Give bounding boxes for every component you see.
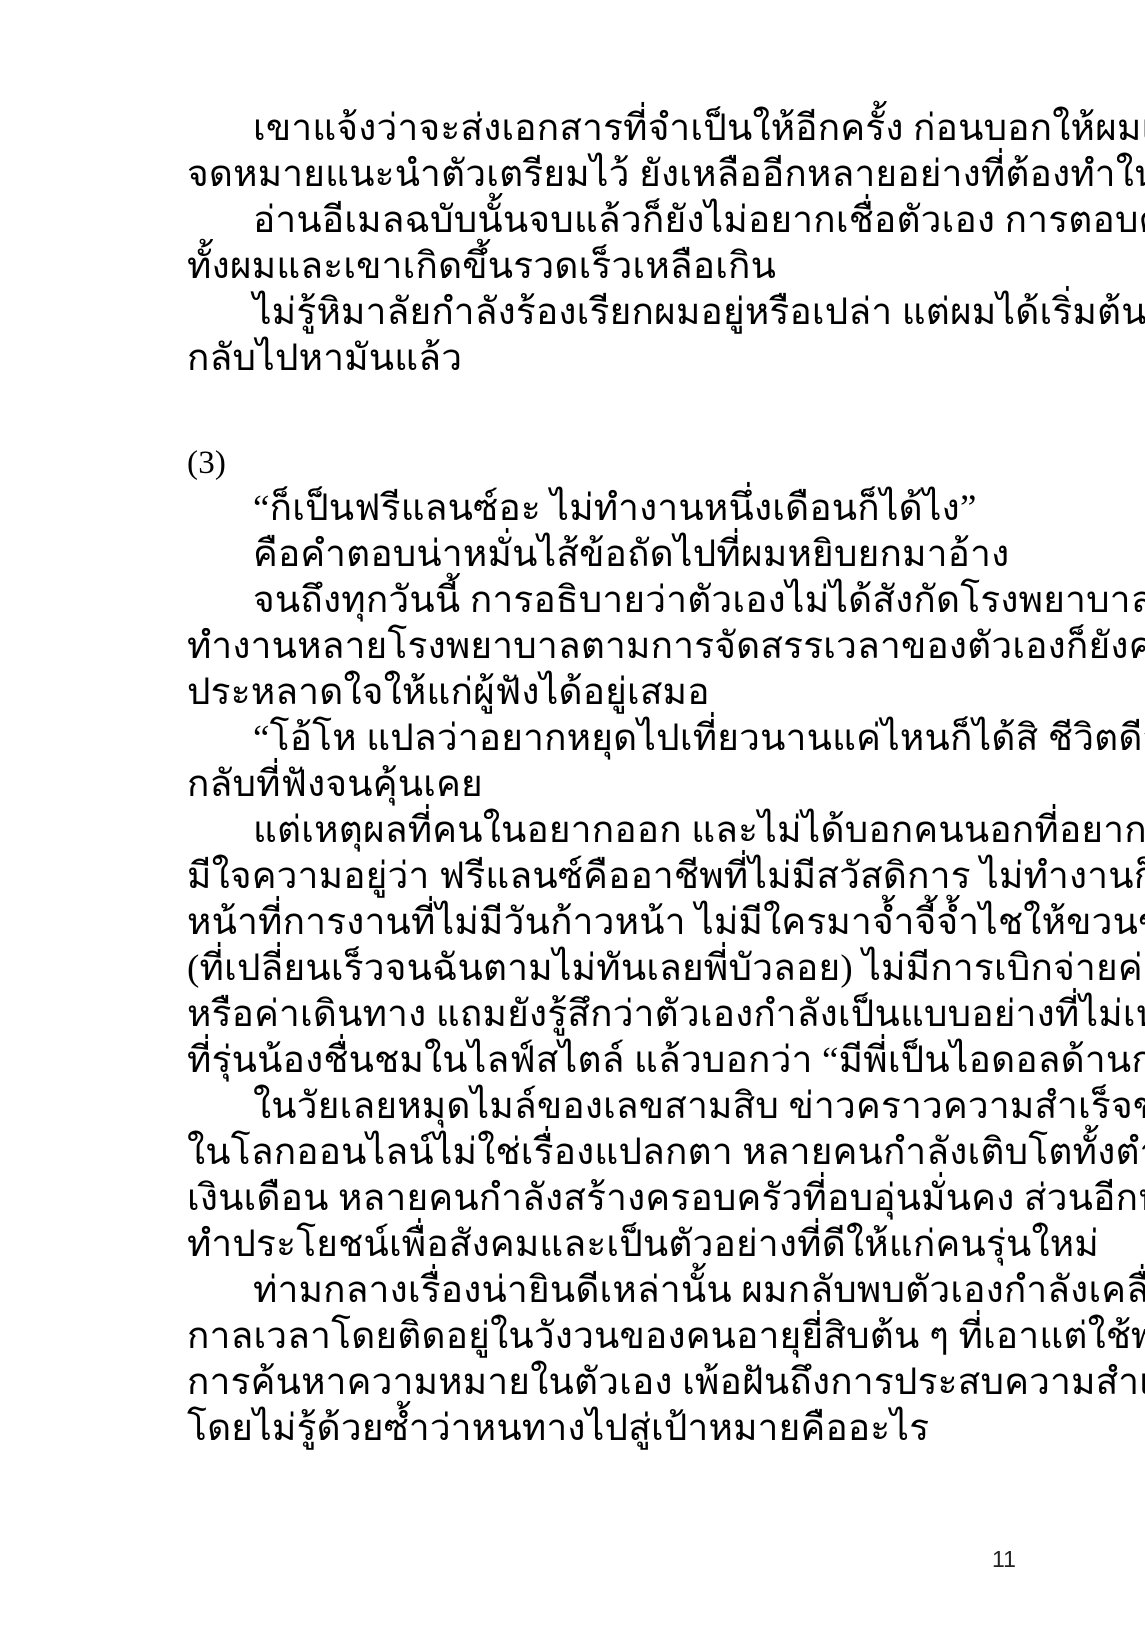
text-line: “โอ้โห แปลว่าอยากหยุดไปเที่ยวนานแค่ไหนก็…	[187, 716, 997, 762]
text-line: ในวัยเลยหมุดไมล์ของเลขสามสิบ ข่าวคราวควา…	[187, 1084, 997, 1130]
text-line: หน้าที่การงานที่ไม่มีวันก้าวหน้า ไม่มีใค…	[187, 900, 997, 946]
text-line: ไม่รู้หิมาลัยกำลังร้องเรียกผมอยู่หรือเปล…	[187, 290, 997, 336]
text-line: ประหลาดใจให้แก่ผู้ฟังได้อยู่เสมอ	[187, 670, 997, 716]
text-line: ทั้งผมและเขาเกิดขึ้นรวดเร็วเหลือเกิน	[187, 244, 997, 290]
section-gap	[187, 382, 997, 440]
text-line: แต่เหตุผลที่คนในอยากออก และไม่ได้บอกคนนอ…	[187, 808, 997, 854]
text-line: ที่รุ่นน้องชื่นชมในไลฟ์สไตล์ แล้วบอกว่า …	[187, 1038, 997, 1084]
text-line: ทำงานหลายโรงพยาบาลตามการจัดสรรเวลาของตัว…	[187, 624, 997, 670]
text-line: คือคำตอบน่าหมั่นไส้ข้อถัดไปที่ผมหยิบยกมา…	[187, 532, 997, 578]
text-line: กาลเวลาโดยติดอยู่ในวังวนของคนอายุยี่สิบต…	[187, 1314, 997, 1360]
text-line: เขาแจ้งว่าจะส่งเอกสารที่จำเป็นให้อีกครั้…	[187, 106, 997, 152]
text-line: อ่านอีเมลฉบับนั้นจบแล้วก็ยังไม่อยากเชื่อ…	[187, 198, 997, 244]
text-line: เงินเดือน หลายคนกำลังสร้างครอบครัวที่อบอ…	[187, 1176, 997, 1222]
section-number: (3)	[187, 440, 997, 486]
text-line: จดหมายแนะนำตัวเตรียมไว้ ยังเหลืออีกหลายอ…	[187, 152, 997, 198]
text-line: ในโลกออนไลน์ไม่ใช่เรื่องแปลกตา หลายคนกำล…	[187, 1130, 997, 1176]
text-line: ท่ามกลางเรื่องน่ายินดีเหล่านั้น ผมกลับพบ…	[187, 1268, 997, 1314]
text-line: โดยไม่รู้ด้วยซ้ำว่าหนทางไปสู่เป้าหมายคือ…	[187, 1406, 997, 1452]
page-number: 11	[992, 1546, 1016, 1573]
text-line: (ที่เปลี่ยนเร็วจนฉันตามไม่ทันเลยพี่บัวลอ…	[187, 946, 997, 992]
text-line: การค้นหาความหมายในตัวเอง เพ้อฝันถึงการปร…	[187, 1360, 997, 1406]
body-text: เขาแจ้งว่าจะส่งเอกสารที่จำเป็นให้อีกครั้…	[187, 106, 997, 1452]
text-line: ทำประโยชน์เพื่อสังคมและเป็นตัวอย่างที่ดี…	[187, 1222, 997, 1268]
text-line: กลับไปหามันแล้ว	[187, 336, 997, 382]
text-line: หรือค่าเดินทาง แถมยังรู้สึกว่าตัวเองกำลั…	[187, 992, 997, 1038]
text-line: กลับที่ฟังจนคุ้นเคย	[187, 762, 997, 808]
document-page: เขาแจ้งว่าจะส่งเอกสารที่จำเป็นให้อีกครั้…	[0, 0, 1145, 1638]
text-line: มีใจความอยู่ว่า ฟรีแลนซ์คืออาชีพที่ไม่มี…	[187, 854, 997, 900]
text-line: “ก็เป็นฟรีแลนซ์อะ ไม่ทำงานหนึ่งเดือนก็ได…	[187, 486, 997, 532]
text-line: จนถึงทุกวันนี้ การอธิบายว่าตัวเองไม่ได้ส…	[187, 578, 997, 624]
